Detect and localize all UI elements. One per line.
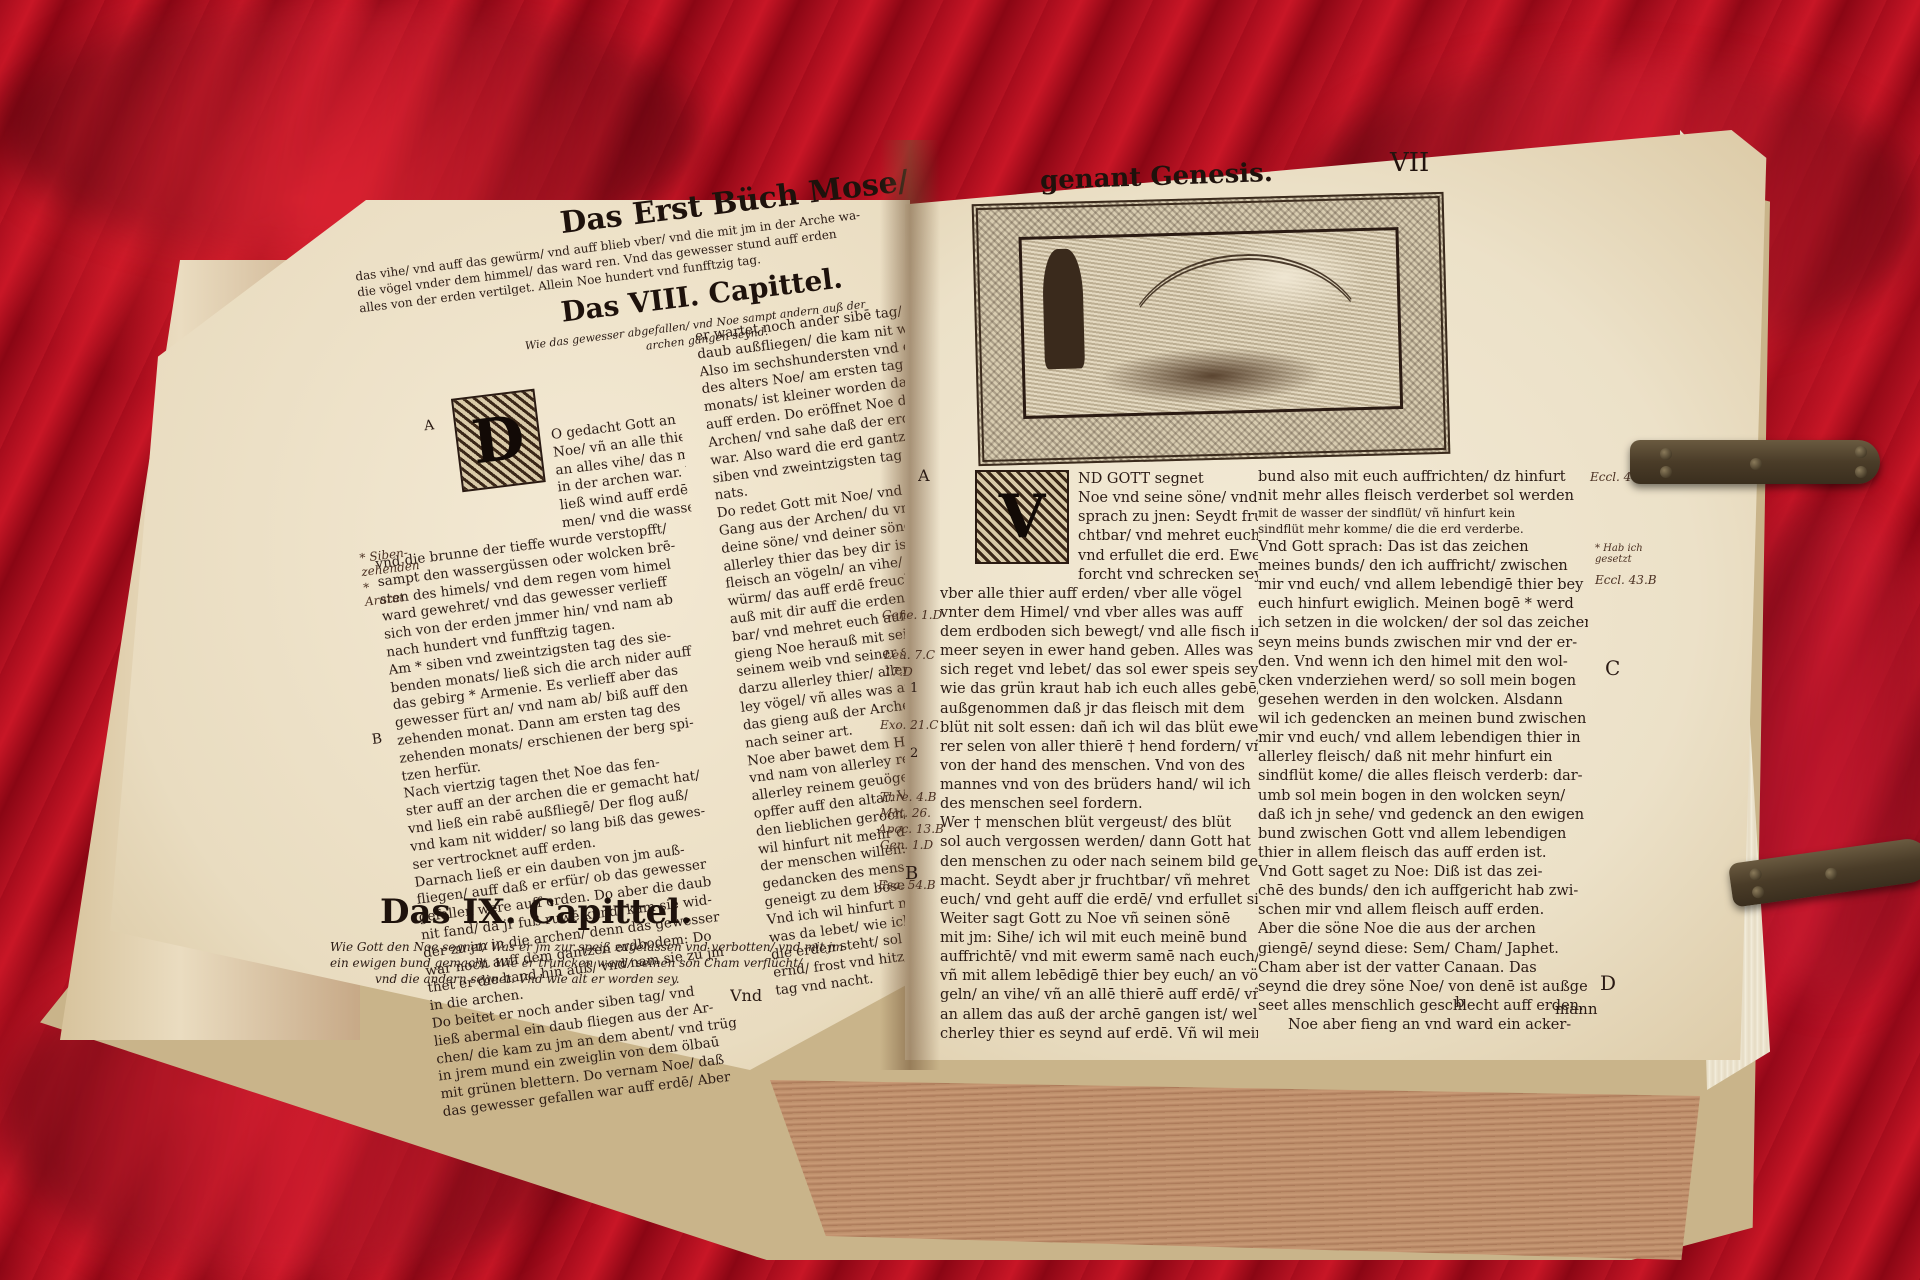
rainbow-figure xyxy=(1122,251,1371,443)
rivet xyxy=(1749,868,1763,882)
margin-note: Mat. 26. xyxy=(880,806,931,820)
right-catchword: mann xyxy=(1555,1000,1598,1020)
rivet xyxy=(1660,466,1672,478)
woodcut-scene xyxy=(1019,227,1404,419)
margin-note: Thre. 4.B xyxy=(880,790,936,804)
marginal-letter-b: B xyxy=(371,730,383,750)
rivet xyxy=(1855,466,1867,478)
rivet xyxy=(1750,458,1762,470)
marginal-letter-d: D xyxy=(1600,970,1616,996)
chapter-9-column-1: ND GOTT segnet Noe vnd seine söne/ vnd s… xyxy=(918,470,1258,1044)
chapter-9-heading: Das IX. Capittel. xyxy=(380,890,692,935)
margin-note: Leu. 7.C xyxy=(884,648,935,662)
signature-mark: b xyxy=(1455,993,1465,1013)
tree-figure xyxy=(1042,248,1085,369)
chapter-9-summary: Wie Gott den Noe segnet/ Was er jm zur s… xyxy=(330,940,843,987)
margin-note: * Hab ich gesetzt xyxy=(1595,543,1655,565)
margin-note: Apoc. 13.B xyxy=(878,822,944,836)
woodcut-illustration xyxy=(972,192,1451,466)
verse-number: 2 xyxy=(910,745,918,762)
verse-number: 1 xyxy=(910,680,918,697)
margin-note: Gene. 1.D xyxy=(882,608,942,622)
folio-number: VII xyxy=(1390,148,1429,178)
brass-clasp-upper xyxy=(1630,440,1880,484)
marginal-letter-a: A xyxy=(423,416,435,436)
left-catchword: Vnd xyxy=(730,985,762,1006)
rivet xyxy=(1751,885,1765,899)
margin-note: Gen. 1.D xyxy=(880,838,933,852)
rivet xyxy=(1824,867,1838,881)
margin-note: 17.D xyxy=(884,665,913,679)
margin-note: Eccl. 43.B xyxy=(1595,573,1657,587)
chapter-9-column-2: bund also mit euch auffrichten/ dz hinfu… xyxy=(1258,468,1588,1035)
margin-note: * Ararat xyxy=(362,576,404,609)
marginal-letter-b-right: B xyxy=(905,862,918,886)
marginal-letter-c: C xyxy=(1605,655,1620,681)
margin-note: Exo. 21.C xyxy=(880,718,938,732)
rivet xyxy=(1855,446,1867,458)
rivet xyxy=(1660,448,1672,460)
